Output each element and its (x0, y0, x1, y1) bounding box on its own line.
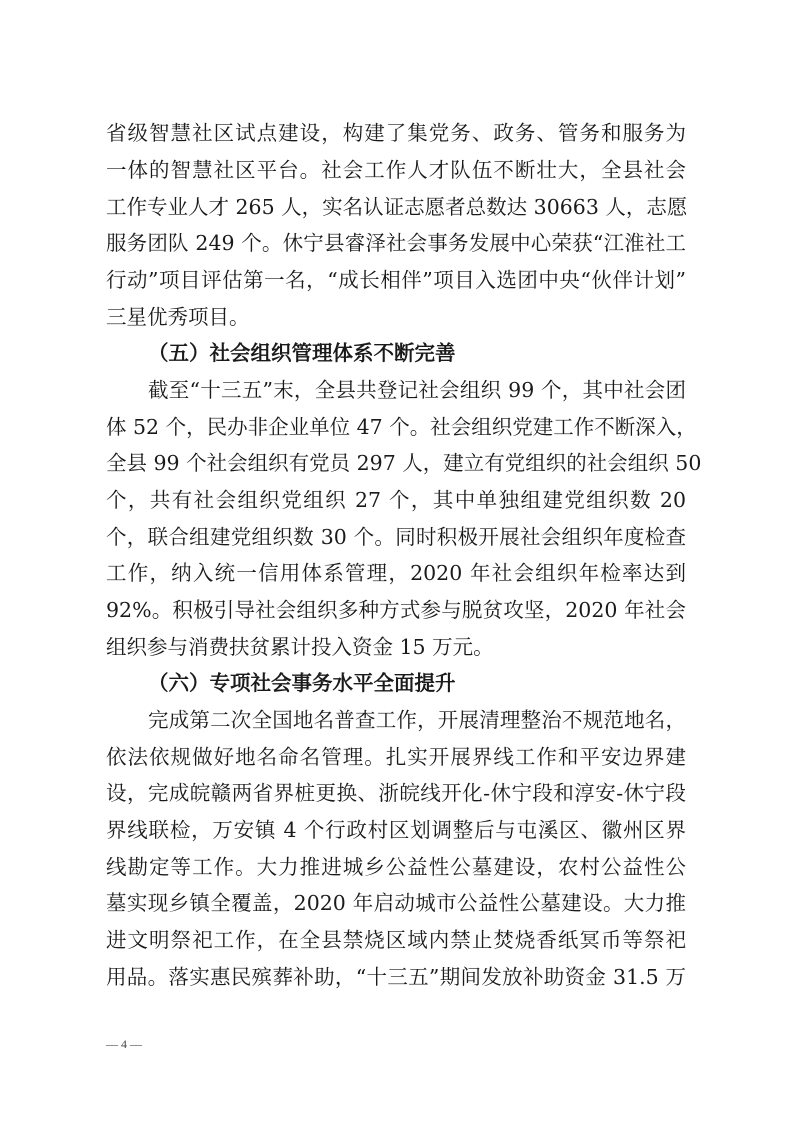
text-line: 进文明祭祀工作，在全县禁烧区域内禁止焚烧香纸冥币等祭祀 (106, 925, 686, 955)
text-line: 一体的智慧社区平台。社会工作人才队伍不断壮大，全县社会 (106, 155, 686, 185)
text-line: 截至“十三五”末，全县共登记社会组织 99 个，其中社会团 (148, 375, 686, 405)
text-line: 依法依规做好地名命名管理。扎实开展界线工作和平安边界建 (106, 742, 686, 772)
text-line: 个，共有社会组织党组织 27 个，其中单独组建党组织数 20 (106, 485, 686, 515)
text-line: 个，联合组建党组织数 30 个。同时积极开展社会组织年度检查 (106, 522, 686, 552)
text-line: 墓实现乡镇全覆盖，2020 年启动城市公益性公墓建设。大力推 (106, 888, 686, 918)
text-line: 省级智慧社区试点建设，构建了集党务、政务、管务和服务为 (106, 118, 686, 148)
text-line: 线勘定等工作。大力推进城乡公益性公墓建设，农村公益性公 (106, 852, 686, 882)
text-line: 三星优秀项目。 (106, 302, 686, 332)
text-line: 用品。落实惠民殡葬补助，“十三五”期间发放补助资金 31.5 万 (106, 962, 686, 992)
text-line: 服务团队 249 个。休宁县睿泽社会事务发展中心荣获“江淮社工 (106, 228, 686, 258)
text-line: 工作专业人才 265 人，实名认证志愿者总数达 30663 人，志愿 (106, 192, 686, 222)
text-line: 行动”项目评估第一名，“成长相伴”项目入选团中央“伙伴计划” (106, 265, 686, 295)
text-line: 组织参与消费扶贫累计投入资金 15 万元。 (106, 632, 686, 662)
text-line: 设，完成皖赣两省界桩更换、浙皖线开化-休宁段和淳安-休宁段 (106, 778, 686, 808)
text-line: 全县 99 个社会组织有党员 297 人，建立有党组织的社会组织 50 (106, 448, 686, 478)
text-line: 完成第二次全国地名普查工作，开展清理整治不规范地名， (148, 705, 686, 735)
text-line: 体 52 个，民办非企业单位 47 个。社会组织党建工作不断深入， (106, 412, 686, 442)
text-line: 92%。积极引导社会组织多种方式参与脱贫攻坚，2020 年社会 (106, 595, 686, 625)
text-line: 工作，纳入统一信用体系管理，2020 年社会组织年检率达到 (106, 558, 686, 588)
section-heading-6: （六）专项社会事务水平全面提升 (148, 668, 686, 698)
document-page: 省级智慧社区试点建设，构建了集党务、政务、管务和服务为 一体的智慧社区平台。社会… (0, 0, 793, 1122)
text-line: 界线联检，万安镇 4 个行政村区划调整后与屯溪区、徽州区界 (106, 815, 686, 845)
page-number: — 4 — (106, 1037, 142, 1052)
section-heading-5: （五）社会组织管理体系不断完善 (148, 338, 686, 368)
